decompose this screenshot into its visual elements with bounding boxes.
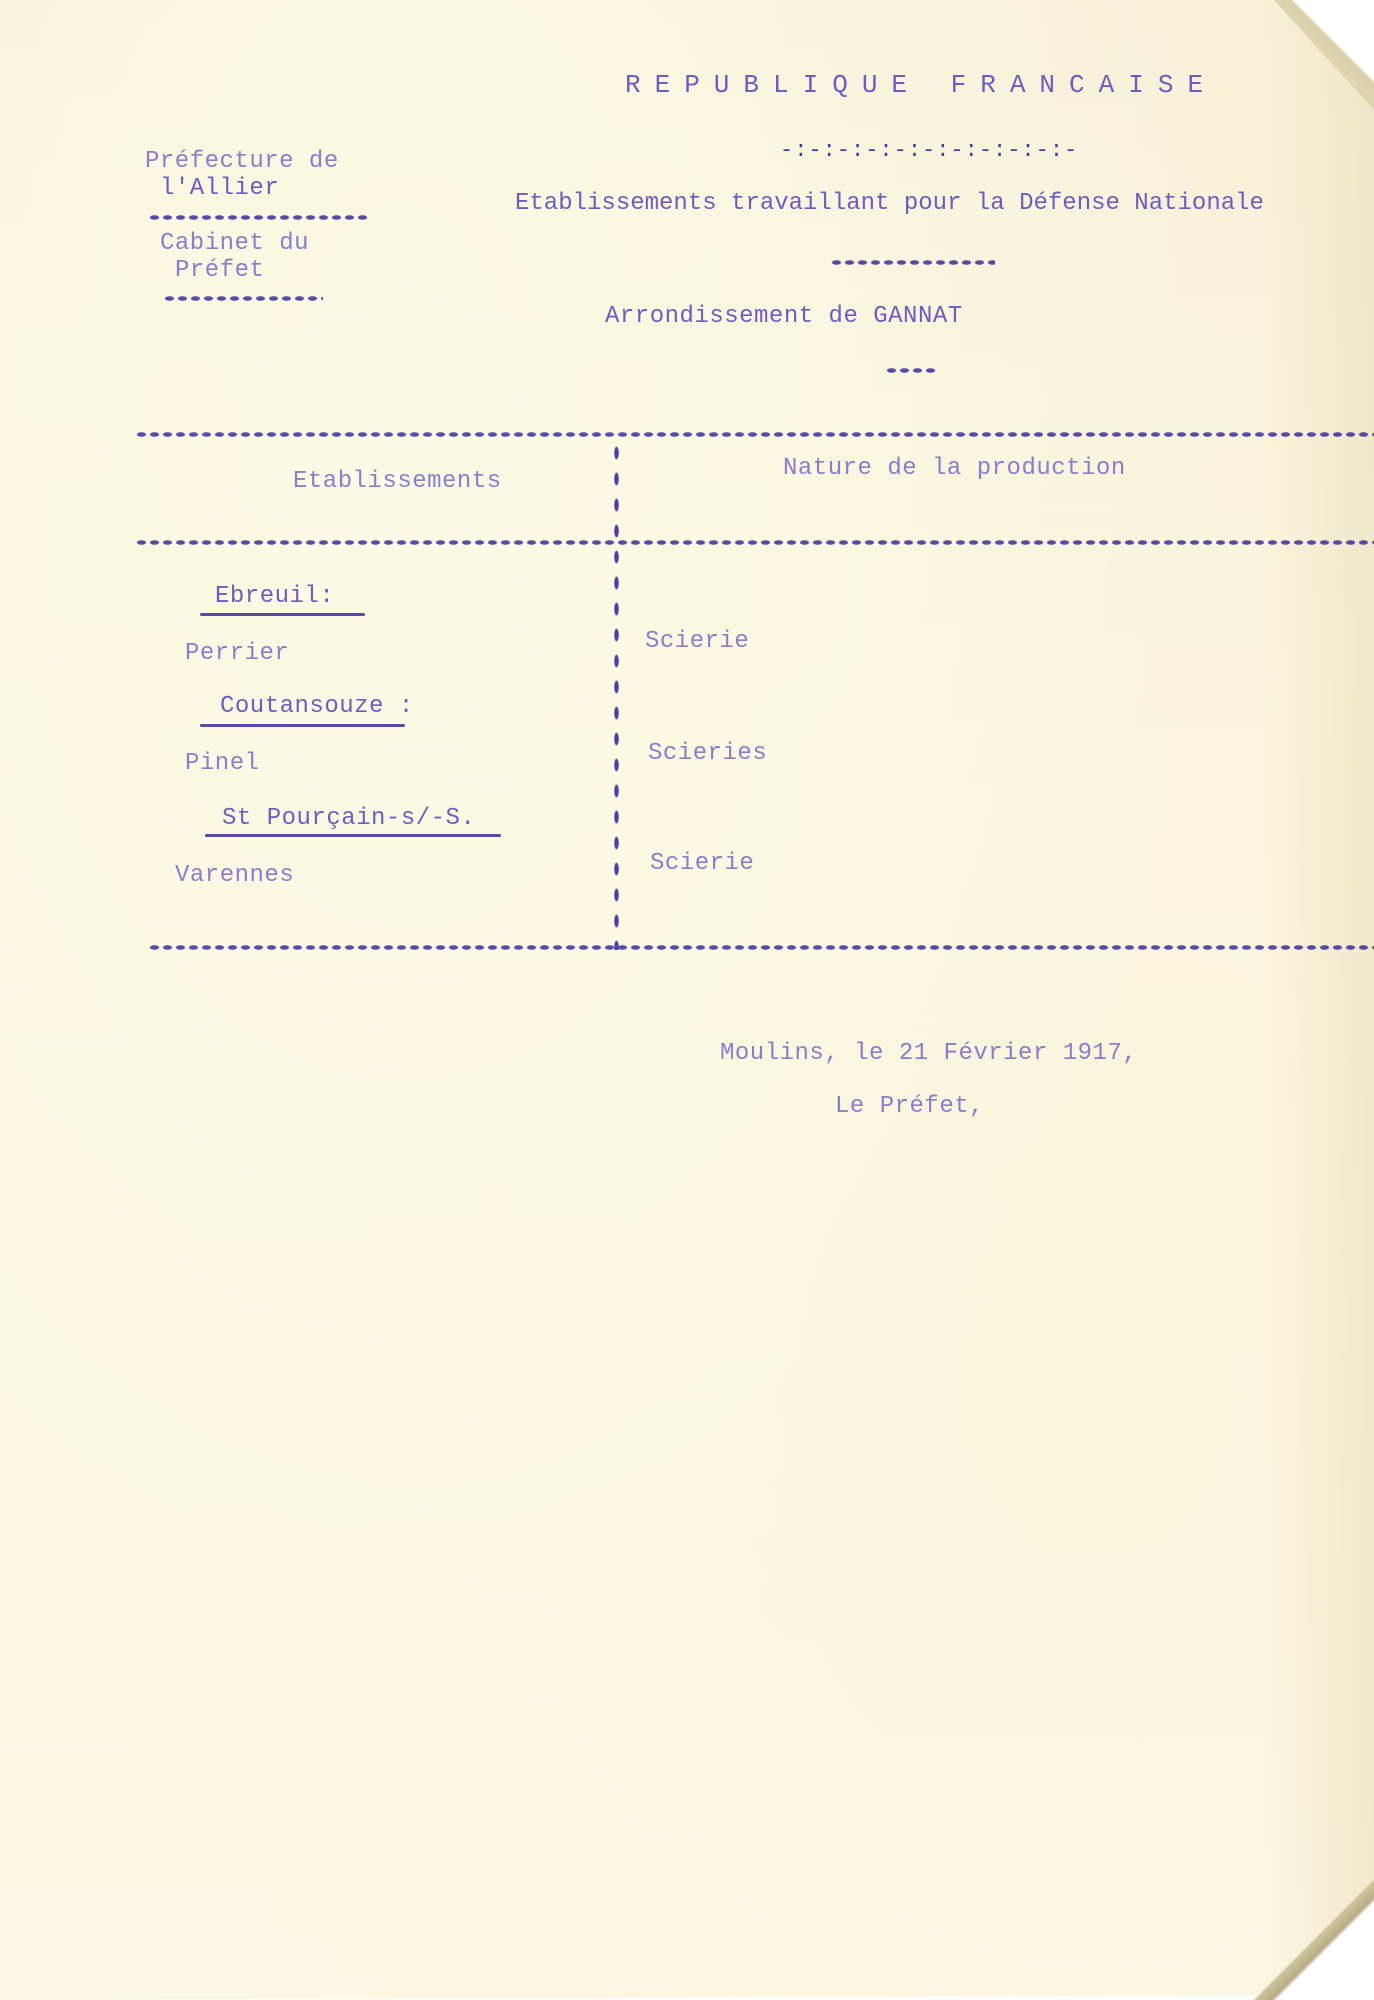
document-subtitle: Etablissements travaillant pour la Défen…	[515, 190, 1264, 217]
issuer-separator-2	[163, 296, 323, 301]
issuer-line-prefet: Préfet	[175, 257, 264, 284]
table-column-divider	[614, 440, 619, 950]
place-and-date: Moulins, le 21 Février 1917,	[720, 1040, 1137, 1067]
table-top-rule	[135, 432, 1374, 437]
issuer-line-allier: l'Allier	[160, 175, 279, 202]
production-type: Scieries	[648, 740, 767, 767]
location-underline	[200, 724, 405, 727]
establishment-name: Pinel	[185, 750, 260, 777]
torn-corner	[1254, 1850, 1374, 2000]
table-bottom-rule	[148, 945, 1374, 950]
establishment-name: Perrier	[185, 640, 289, 667]
district-title: Arrondissement de GANNAT	[605, 303, 963, 330]
subtitle-separator	[830, 260, 995, 265]
table-header-rule	[135, 540, 1374, 545]
column-header-establishments: Etablissements	[293, 468, 502, 495]
establishment-name: Varennes	[175, 862, 294, 889]
column-header-production: Nature de la production	[783, 455, 1126, 482]
production-type: Scierie	[645, 628, 749, 655]
location-coutansouze: Coutansouze :	[220, 693, 414, 720]
district-separator	[885, 368, 937, 373]
location-underline	[205, 834, 501, 837]
issuer-separator	[148, 215, 370, 220]
production-type: Scierie	[650, 850, 754, 877]
location-ebreuil: Ebreuil:	[215, 583, 334, 610]
issuer-line-prefecture: Préfecture de	[145, 148, 339, 175]
signatory: Le Préfet,	[835, 1093, 984, 1120]
location-st-pourcain: St Pourçain-s/-S.	[222, 805, 475, 832]
location-underline	[200, 613, 365, 616]
issuer-line-cabinet: Cabinet du	[160, 230, 309, 257]
republic-title: REPUBLIQUE FRANCAISE	[625, 70, 1217, 100]
header-ornament: -:-:-:-:-:-:-:-:-:-:-	[780, 138, 1078, 163]
